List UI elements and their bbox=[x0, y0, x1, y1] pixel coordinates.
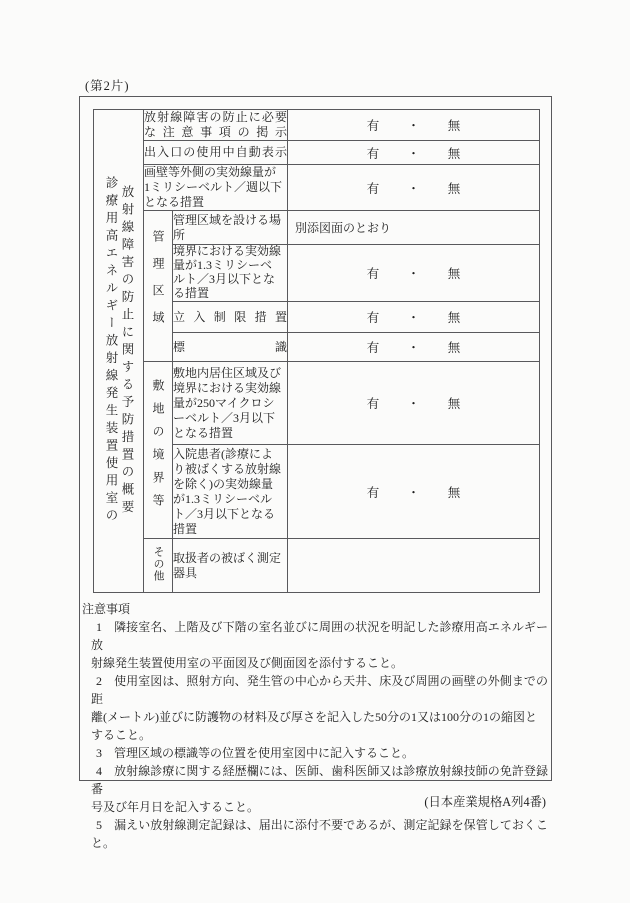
notes-heading: 注意事項 bbox=[82, 600, 548, 618]
option-yes[interactable]: 有 bbox=[367, 179, 380, 197]
option-yes[interactable]: 有 bbox=[367, 308, 380, 326]
label-wall-outside-dose: 画壁等外側の実効線量が 1ミリシーベルト／週以下 となる措置 bbox=[144, 165, 288, 211]
form-border: 診療用高エネルギー放射線発生装置使用室の 放射線障害の防止に関する予防措置の概要… bbox=[79, 96, 552, 781]
label-entrance-display: 出入口の使用中自動表示 bbox=[144, 141, 288, 165]
option-separator: ・ bbox=[407, 483, 420, 501]
option-separator: ・ bbox=[407, 308, 420, 326]
option-separator: ・ bbox=[407, 264, 420, 282]
option-separator: ・ bbox=[407, 338, 420, 356]
value-cell-notice-posting: 有 ・ 無 bbox=[288, 110, 540, 141]
option-separator: ・ bbox=[407, 394, 420, 412]
form-page: (第2片) 診療用高エネルギー放射線発生装置使用室の 放射線障害の防止に関する予… bbox=[0, 0, 630, 903]
value-cell-dosimeter bbox=[288, 539, 540, 593]
group-label-controlled-area: 管理区域 bbox=[144, 211, 173, 362]
value-cell-signage: 有 ・ 無 bbox=[288, 333, 540, 362]
label-controlled-area-location: 管理区域を設ける場 所 bbox=[173, 211, 288, 245]
note-item-1: 1 隣接室名、上階及び下階の室名並びに周囲の状況を明記した診療用高エネルギー放 … bbox=[82, 618, 548, 672]
label-controlled-area-boundary-dose: 境界における実効線 量が1.3ミリシーベ ルト／3月以下とな る措置 bbox=[173, 245, 288, 302]
sheet-label: (第2片) bbox=[85, 76, 130, 94]
group-label-site-boundary: 敷地の境界等 bbox=[144, 362, 173, 539]
note-item-5: 5 漏えい放射線測定記録は、届出に添付不要であるが、測定記録を保管しておくこと。 bbox=[82, 816, 548, 852]
option-no[interactable]: 無 bbox=[448, 308, 461, 326]
option-yes[interactable]: 有 bbox=[367, 144, 380, 162]
row-header-wrap: 診療用高エネルギー放射線発生装置使用室の 放射線障害の防止に関する予防措置の概要 bbox=[94, 176, 143, 526]
paper-size-note: (日本産業規格A列4番) bbox=[0, 792, 546, 810]
label-notice-posting: 放射線障害の防止に必要 な注意事項の掲示 bbox=[144, 110, 288, 141]
value-cell-entry-restriction: 有 ・ 無 bbox=[288, 302, 540, 333]
option-separator: ・ bbox=[407, 144, 420, 162]
value-cell-controlled-area-boundary-dose: 有 ・ 無 bbox=[288, 245, 540, 302]
group-label-controlled-area-text: 管理区域 bbox=[152, 230, 164, 338]
label-signage: 標識 bbox=[173, 333, 288, 362]
group-label-other-text: その他 bbox=[152, 546, 164, 582]
option-no[interactable]: 無 bbox=[448, 116, 461, 134]
value-cell-wall-outside-dose: 有 ・ 無 bbox=[288, 165, 540, 211]
row-header-line2: 放射線障害の防止に関する予防措置の概要 bbox=[120, 185, 133, 518]
label-inpatient-dose: 入院患者(診療によ り被ばくする放射線 を除く)の実効線量 が1.3ミリシーベル… bbox=[173, 445, 288, 539]
option-no[interactable]: 無 bbox=[448, 144, 461, 162]
option-no[interactable]: 無 bbox=[448, 338, 461, 356]
note-item-3: 3 管理区域の標識等の位置を使用室図中に記入すること。 bbox=[82, 744, 548, 762]
option-separator: ・ bbox=[407, 179, 420, 197]
value-cell-inpatient-dose: 有 ・ 無 bbox=[288, 445, 540, 539]
prevention-measures-table: 診療用高エネルギー放射線発生装置使用室の 放射線障害の防止に関する予防措置の概要… bbox=[93, 109, 540, 593]
row-header-vertical: 診療用高エネルギー放射線発生装置使用室の 放射線障害の防止に関する予防措置の概要 bbox=[94, 110, 144, 593]
value-cell-entrance-display: 有 ・ 無 bbox=[288, 141, 540, 165]
option-no[interactable]: 無 bbox=[448, 179, 461, 197]
notes-section: 注意事項 1 隣接室名、上階及び下階の室名並びに周囲の状況を明記した診療用高エネ… bbox=[82, 600, 548, 852]
row-header-line1: 診療用高エネルギー放射線発生装置使用室の bbox=[104, 176, 117, 526]
label-dosimeter: 取扱者の被ばく測定 器具 bbox=[173, 539, 288, 593]
value-cell-controlled-area-location: 別添図面のとおり bbox=[288, 211, 540, 245]
label-entry-restriction: 立入制限措置 bbox=[173, 302, 288, 333]
label-residential-dose: 敷地内居住区域及び 境界における実効線 量が250マイクロシ ーベルト／3月以下… bbox=[173, 362, 288, 445]
option-no[interactable]: 無 bbox=[448, 394, 461, 412]
option-yes[interactable]: 有 bbox=[367, 483, 380, 501]
option-no[interactable]: 無 bbox=[448, 483, 461, 501]
option-yes[interactable]: 有 bbox=[367, 338, 380, 356]
note-item-2: 2 使用室図は、照射方向、発生管の中心から天井、床及び周囲の画壁の外側までの距 … bbox=[82, 672, 548, 744]
option-separator: ・ bbox=[407, 116, 420, 134]
option-yes[interactable]: 有 bbox=[367, 264, 380, 282]
option-yes[interactable]: 有 bbox=[367, 394, 380, 412]
group-label-site-boundary-text: 敷地の境界等 bbox=[152, 379, 164, 517]
value-attached-drawing: 別添図面のとおり bbox=[288, 219, 539, 236]
group-label-other: その他 bbox=[144, 539, 173, 593]
value-cell-residential-dose: 有 ・ 無 bbox=[288, 362, 540, 445]
option-yes[interactable]: 有 bbox=[367, 116, 380, 134]
option-no[interactable]: 無 bbox=[448, 264, 461, 282]
